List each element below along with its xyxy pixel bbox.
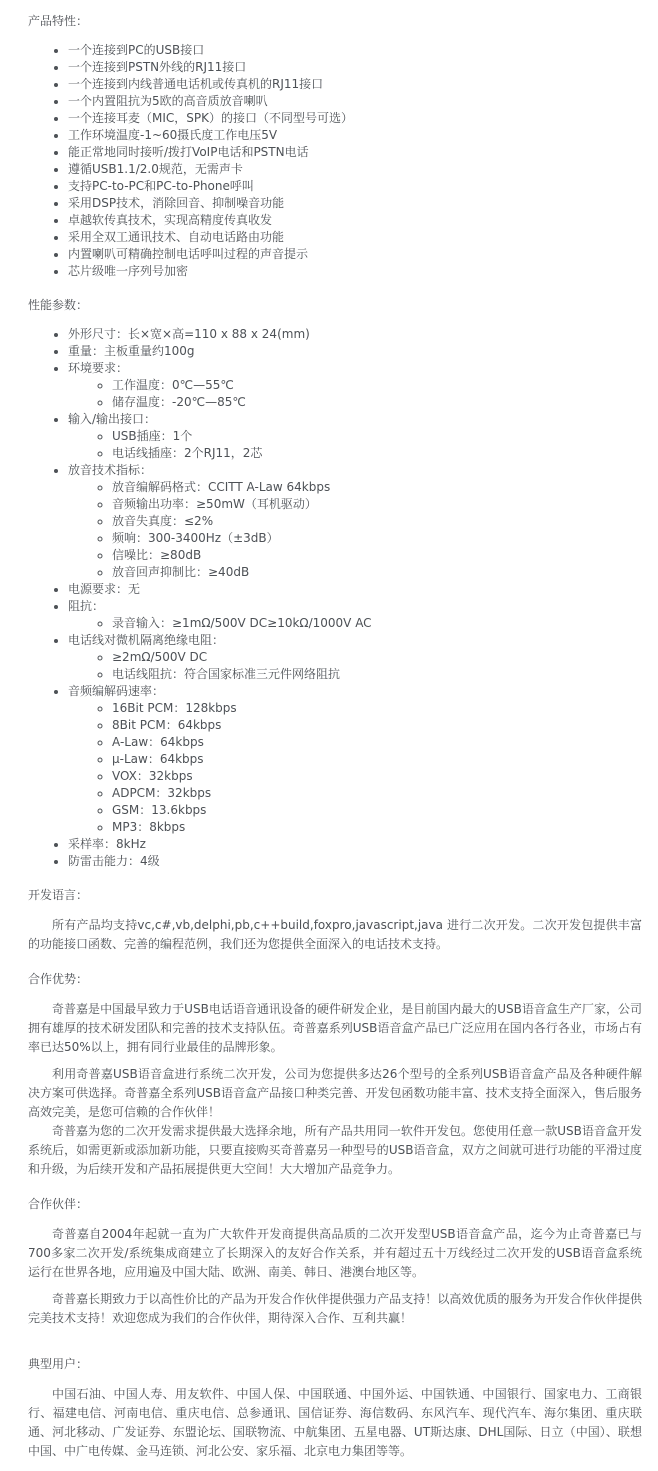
- spec-subitem: 放音失真度：≤2%: [112, 513, 642, 530]
- spec-item-label: 电话线对微机隔离绝缘电阻：: [68, 633, 224, 647]
- feature-item: 采用全双工通讯技术、自动电话路由功能: [68, 229, 642, 246]
- spec-sublist: 录音输入：≥1mΩ/500V DC≥10kΩ/1000V AC: [68, 615, 642, 632]
- spec-subitem: ADPCM：32kbps: [112, 785, 642, 802]
- feature-item: 能正常地同时接听/拨打VoIP电话和PSTN电话: [68, 144, 642, 161]
- spec-item: 采样率：8kHz: [68, 836, 642, 853]
- spec-subitem: 电话线阻抗：符合国家标准三元件网络阻抗: [112, 666, 642, 683]
- feature-item: 内置喇叭可精确控制电话呼叫过程的声音提示: [68, 246, 642, 263]
- paragraph: 利用奇普嘉USB语音盒进行系统二次开发，公司为您提供多达26个型号的全系列USB…: [28, 1065, 642, 1122]
- spec-item: 环境要求： 工作温度：0℃—55℃ 储存温度：-20℃—85℃: [68, 360, 642, 411]
- feature-item: 芯片级唯一序列号加密: [68, 263, 642, 280]
- paragraph: 奇普嘉是中国最早致力于USB电话语音通讯设备的硬件研发企业，是目前国内最大的US…: [28, 1000, 642, 1057]
- spec-subitem: GSM：13.6kbps: [112, 802, 642, 819]
- section-heading-specs: 性能参数：: [28, 296, 642, 314]
- paragraph: 中国石油、中国人寿、用友软件、中国人保、中国联通、中国外运、中国铁通、中国银行、…: [28, 1385, 642, 1461]
- spec-subitem: 工作温度：0℃—55℃: [112, 377, 642, 394]
- spec-item: 电源要求：无: [68, 581, 642, 598]
- spec-item: 输入/输出接口： USB插座：1个 电话线插座：2个RJ11，2芯: [68, 411, 642, 462]
- section-heading-partners: 合作伙伴：: [28, 1195, 642, 1213]
- section-heading-coop-advantages: 合作优势：: [28, 970, 642, 988]
- spec-list: 外形尺寸：长×宽×高=110 x 88 x 24(mm) 重量：主板重量约100…: [28, 326, 642, 870]
- spec-subitem: 音频输出功率：≥50mW（耳机驱动）: [112, 496, 642, 513]
- feature-item: 卓越软传真技术，实现高精度传真收发: [68, 212, 642, 229]
- section-heading-features: 产品特性：: [28, 12, 642, 30]
- spec-subitem: 电话线插座：2个RJ11，2芯: [112, 445, 642, 462]
- spec-sublist: USB插座：1个 电话线插座：2个RJ11，2芯: [68, 428, 642, 462]
- feature-list: 一个连接到PC的USB接口 一个连接到PSTN外线的RJ11接口 一个连接到内线…: [28, 42, 642, 280]
- spec-item: 放音技术指标： 放音编解码格式：CCITT A-Law 64kbps 音频输出功…: [68, 462, 642, 581]
- spec-subitem: 放音编解码格式：CCITT A-Law 64kbps: [112, 479, 642, 496]
- spec-sublist: 放音编解码格式：CCITT A-Law 64kbps 音频输出功率：≥50mW（…: [68, 479, 642, 581]
- spec-item: 阻抗： 录音输入：≥1mΩ/500V DC≥10kΩ/1000V AC: [68, 598, 642, 632]
- feature-item: 一个连接到PC的USB接口: [68, 42, 642, 59]
- spec-subitem: USB插座：1个: [112, 428, 642, 445]
- feature-item: 采用DSP技术，消除回音、抑制噪音功能: [68, 195, 642, 212]
- paragraph: 所有产品均支持vc,c#,vb,delphi,pb,c++build,foxpr…: [28, 916, 642, 954]
- spec-item: 电话线对微机隔离绝缘电阻： ≥2mΩ/500V DC 电话线阻抗：符合国家标准三…: [68, 632, 642, 683]
- spec-item-label: 阻抗：: [68, 599, 104, 613]
- spec-item: 外形尺寸：长×宽×高=110 x 88 x 24(mm): [68, 326, 642, 343]
- spec-item: 重量：主板重量约100g: [68, 343, 642, 360]
- spec-item: 音频编解码速率： 16Bit PCM：128kbps 8Bit PCM：64kb…: [68, 683, 642, 836]
- paragraph: 奇普嘉为您的二次开发需求提供最大选择余地，所有产品共用同一软件开发包。您使用任意…: [28, 1122, 642, 1179]
- spec-subitem: 频响：300-3400Hz（±3dB）: [112, 530, 642, 547]
- spec-subitem: A-Law：64kbps: [112, 734, 642, 751]
- spec-item-label: 音频编解码速率：: [68, 684, 164, 698]
- spec-sublist: 工作温度：0℃—55℃ 储存温度：-20℃—85℃: [68, 377, 642, 411]
- feature-item: 一个连接到内线普通电话机或传真机的RJ11接口: [68, 76, 642, 93]
- feature-item: 工作环境温度-1~60摄氏度工作电压5V: [68, 127, 642, 144]
- spec-subitem: MP3：8kbps: [112, 819, 642, 836]
- spec-subitem: μ-Law：64kbps: [112, 751, 642, 768]
- feature-item: 一个连接耳麦（MIC，SPK）的接口（不同型号可选）: [68, 110, 642, 127]
- spec-item-label: 放音技术指标：: [68, 463, 152, 477]
- paragraph: 奇普嘉长期致力于以高性价比的产品为开发合作伙伴提供强力产品支持！以高效优质的服务…: [28, 1290, 642, 1328]
- spec-sublist: 16Bit PCM：128kbps 8Bit PCM：64kbps A-Law：…: [68, 700, 642, 836]
- spec-item-label: 输入/输出接口：: [68, 412, 156, 426]
- spec-subitem: VOX：32kbps: [112, 768, 642, 785]
- section-heading-typical-users: 典型用户：: [28, 1355, 642, 1373]
- feature-item: 遵循USB1.1/2.0规范，无需声卡: [68, 161, 642, 178]
- spec-subitem: 8Bit PCM：64kbps: [112, 717, 642, 734]
- section-heading-dev-languages: 开发语言：: [28, 886, 642, 904]
- spec-subitem: 储存温度：-20℃—85℃: [112, 394, 642, 411]
- spec-subitem: 放音回声抑制比：≥40dB: [112, 564, 642, 581]
- spec-item-label: 环境要求：: [68, 361, 128, 375]
- paragraph: 奇普嘉自2004年起就一直为广大软件开发商提供高品质的二次开发型USB语音盒产品…: [28, 1225, 642, 1282]
- spec-subitem: 信噪比：≥80dB: [112, 547, 642, 564]
- spec-subitem: 16Bit PCM：128kbps: [112, 700, 642, 717]
- feature-item: 支持PC-to-PC和PC-to-Phone呼叫: [68, 178, 642, 195]
- spec-subitem: 录音输入：≥1mΩ/500V DC≥10kΩ/1000V AC: [112, 615, 642, 632]
- product-detail-page: 产品特性： 一个连接到PC的USB接口 一个连接到PSTN外线的RJ11接口 一…: [0, 0, 658, 1471]
- spec-subitem: ≥2mΩ/500V DC: [112, 649, 642, 666]
- feature-item: 一个连接到PSTN外线的RJ11接口: [68, 59, 642, 76]
- spec-item: 防雷击能力：4级: [68, 853, 642, 870]
- spec-sublist: ≥2mΩ/500V DC 电话线阻抗：符合国家标准三元件网络阻抗: [68, 649, 642, 683]
- feature-item: 一个内置阻抗为5欧的高音质放音喇叭: [68, 93, 642, 110]
